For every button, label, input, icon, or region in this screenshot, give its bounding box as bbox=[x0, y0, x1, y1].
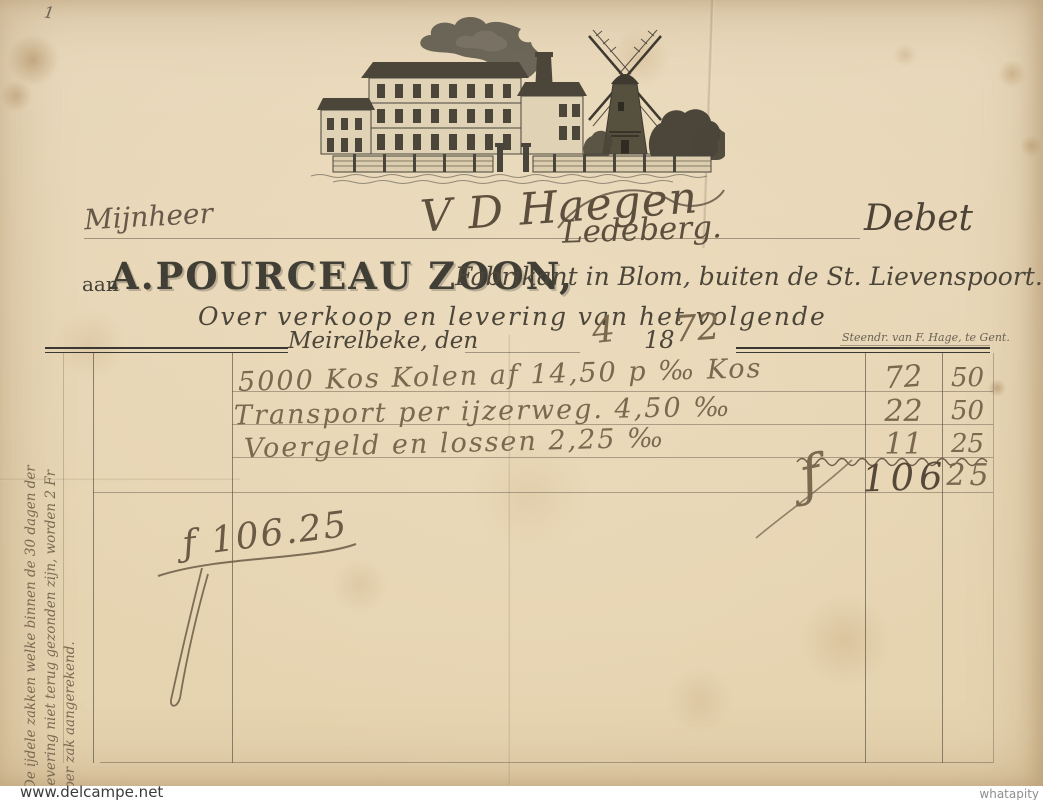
factory-windmill-engraving bbox=[293, 6, 725, 186]
table-bottom-rule bbox=[100, 762, 993, 763]
subject-line: Over verkoop en levering van het volgend… bbox=[198, 302, 827, 331]
side-note-line: per zak aangerekend. bbox=[61, 358, 81, 790]
line-item-cents: 50 bbox=[942, 363, 993, 393]
annotation-flourish bbox=[140, 528, 370, 718]
addressee-underline bbox=[84, 238, 860, 239]
date-year-handwritten: 72 bbox=[673, 306, 722, 350]
total-guilders: 106 bbox=[861, 455, 948, 501]
watermark-delcampe: www.delcampe.net bbox=[20, 783, 163, 800]
date-day-handwritten: 4 bbox=[590, 309, 617, 352]
line-item-guilders: 72 bbox=[864, 357, 943, 397]
table-top-rule-right bbox=[736, 347, 990, 353]
addressee-salutation: Mijnheer bbox=[83, 197, 213, 237]
watermark-whatapity: whatapity bbox=[979, 787, 1039, 800]
table-vertical-rule bbox=[993, 353, 994, 763]
date-place-label: Meirelbeke, den bbox=[288, 328, 478, 354]
printer-credit-underline bbox=[840, 345, 990, 346]
printer-credit: Steendr. van F. Hage, te Gent. bbox=[842, 331, 1010, 344]
side-note-line: De ijdele zakken welke binnen de 30 dage… bbox=[22, 358, 42, 790]
side-note-line: levering niet terug gezonden zijn, worde… bbox=[42, 358, 62, 790]
total-currency-flourish bbox=[752, 452, 862, 544]
table-vertical-rule bbox=[93, 353, 94, 763]
line-item-guilders: 22 bbox=[865, 394, 942, 429]
scanned-invoice: 1 bbox=[0, 0, 1043, 800]
date-century-printed: 18 bbox=[644, 326, 675, 354]
addressee-place: Ledeberg. bbox=[561, 209, 722, 251]
side-note-rotated: De ijdele zakken welke binnen de 30 dage… bbox=[22, 358, 81, 790]
debit-label: Debet bbox=[864, 198, 973, 239]
table-top-rule-left bbox=[45, 347, 288, 353]
date-blank-line bbox=[465, 352, 580, 353]
total-cents: 25 bbox=[944, 458, 995, 493]
line-item-cents: 50 bbox=[942, 396, 993, 426]
company-descriptor: Fabrikant in Blom, buiten de St. Lievens… bbox=[455, 262, 1043, 291]
